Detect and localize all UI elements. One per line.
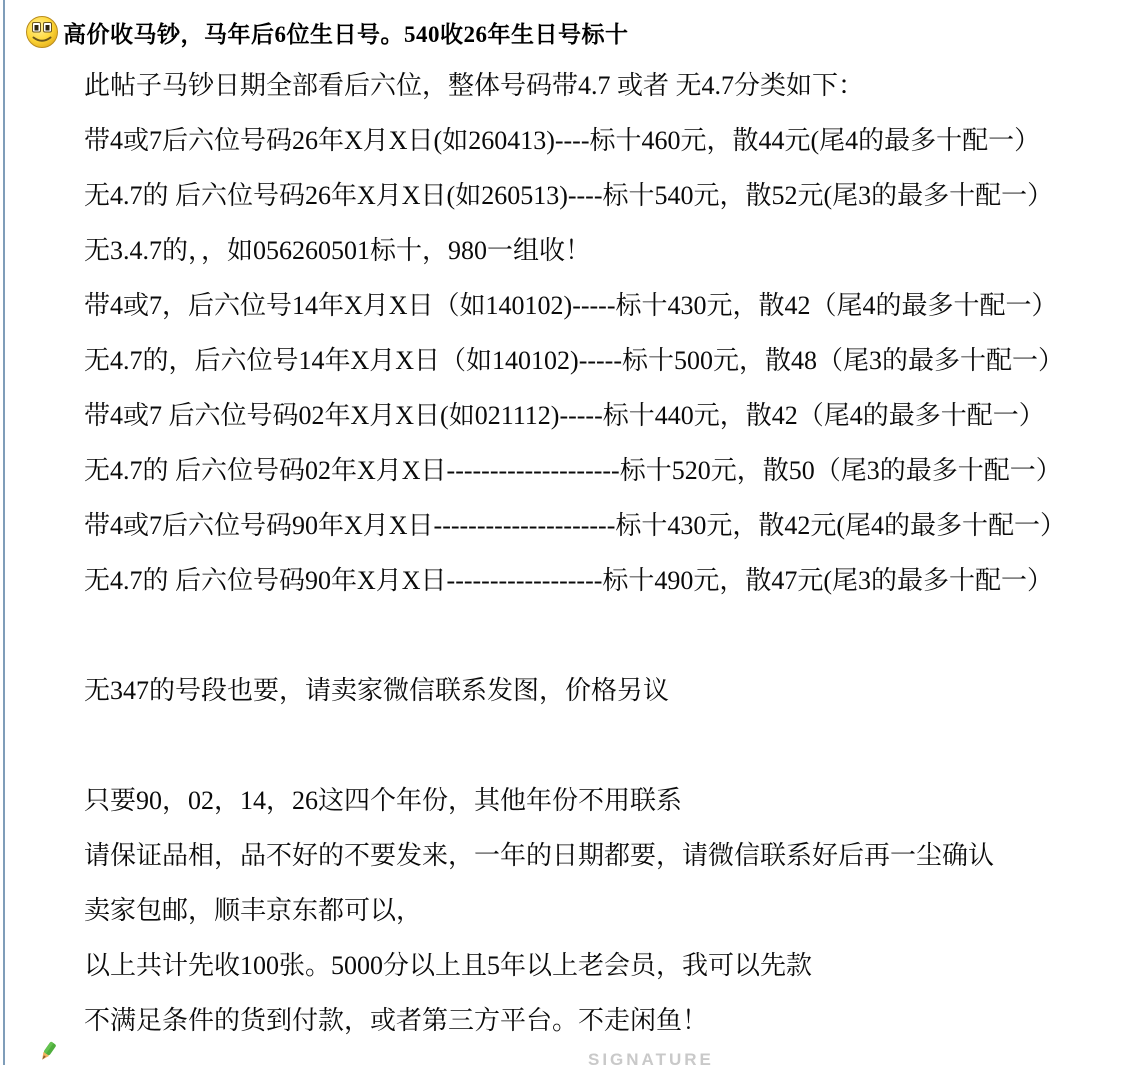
body-line-7: 带4或7 后六位号码02年X月X日(如021112)-----标十440元，散4… <box>84 388 1107 443</box>
post-body: 此帖子马钞日期全部看后六位，整体号码带4.7 或者 无4.7分类如下： 带4或7… <box>0 58 1127 1048</box>
body-line-13: 请保证品相，品不好的不要发来，一年的日期都要，请微信联系好后再一尘确认 <box>84 828 1107 883</box>
body-line-3: 无4.7的 后六位号码26年X月X日(如260513)----标十540元，散5… <box>84 168 1107 223</box>
smiley-icon <box>24 14 60 50</box>
body-line-blank-2 <box>84 718 1107 773</box>
body-line-9: 带4或7后六位号码90年X月X日---------------------标十4… <box>84 498 1107 553</box>
body-line-8: 无4.7的 后六位号码02年X月X日--------------------标十… <box>84 443 1107 498</box>
body-line-15: 以上共计先收100张。5000分以上且5年以上老会员，我可以先款 <box>84 938 1107 993</box>
forum-post-page: 高价收马钞，马年后6位生日号。540收26年生日号标十 此帖子马钞日期全部看后六… <box>0 0 1127 1065</box>
body-line-4: 无3.4.7的，，如056260501标十，980一组收！ <box>84 223 1107 278</box>
post-title-row: 高价收马钞，马年后6位生日号。540收26年生日号标十 <box>0 0 1127 58</box>
left-border-line <box>3 0 5 1065</box>
body-line-6: 无4.7的，后六位号14年X月X日（如140102)-----标十500元，散4… <box>84 333 1107 388</box>
signature-watermark: SIGNATURE <box>588 1050 714 1065</box>
body-line-2: 带4或7后六位号码26年X月X日(如260413)----标十460元，散44元… <box>84 113 1107 168</box>
body-line-16: 不满足条件的货到付款，或者第三方平台。不走闲鱼！ <box>84 993 1107 1048</box>
pencil-icon <box>38 1040 56 1064</box>
body-line-1: 此帖子马钞日期全部看后六位，整体号码带4.7 或者 无4.7分类如下： <box>84 58 1107 113</box>
post-title: 高价收马钞，马年后6位生日号。540收26年生日号标十 <box>63 16 629 49</box>
body-line-10: 无4.7的 后六位号码90年X月X日------------------标十49… <box>84 553 1107 608</box>
body-line-blank-1 <box>84 608 1107 663</box>
body-line-12: 只要90，02，14，26这四个年份，其他年份不用联系 <box>84 773 1107 828</box>
body-line-14: 卖家包邮，顺丰京东都可以， <box>84 883 1107 938</box>
body-line-11: 无347的号段也要，请卖家微信联系发图，价格另议 <box>84 663 1107 718</box>
body-line-5: 带4或7，后六位号14年X月X日（如140102)-----标十430元，散42… <box>84 278 1107 333</box>
